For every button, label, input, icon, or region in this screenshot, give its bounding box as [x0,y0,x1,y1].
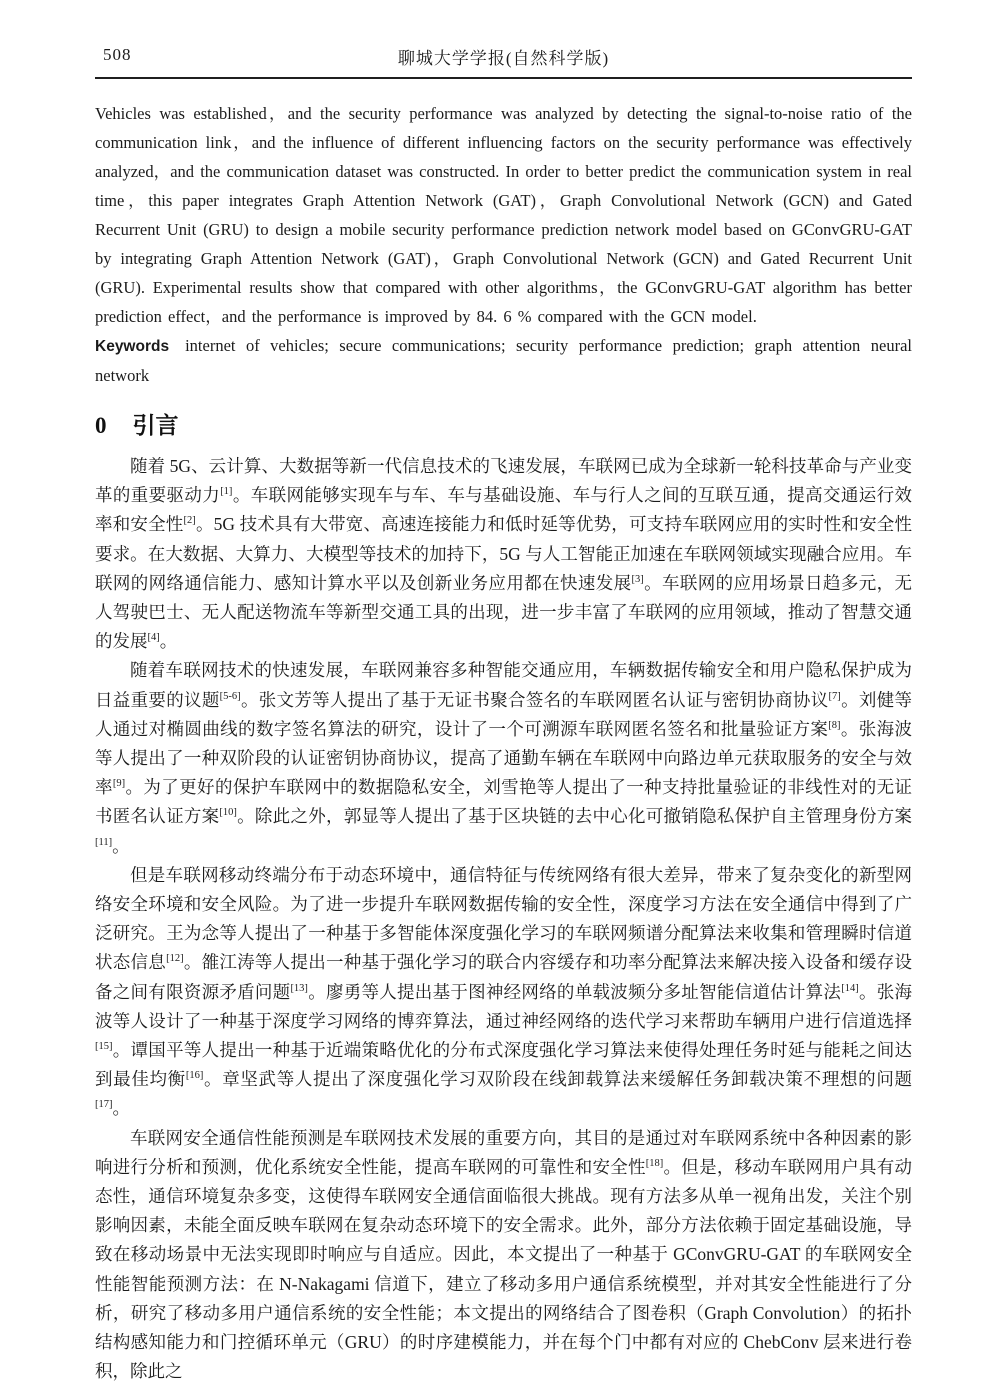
intro-paragraph-2: 随着车联网技术的快速发展，车联网兼容多种智能交通应用，车辆数据传输安全和用户隐私… [95,656,912,860]
intro-paragraph-4: 车联网安全通信性能预测是车联网技术发展的重要方向，其目的是通过对车联网系统中各种… [95,1124,912,1387]
page-body: Vehicles was established，and the securit… [95,99,912,1387]
section-heading: 0引言 [95,407,912,440]
keywords-line: Keywordsinternet of vehicles; secure com… [95,331,912,390]
journal-page: 508 聊城大学学报(自然科学版) Vehicles was establish… [0,0,992,1398]
header-rule [95,77,912,79]
section-title: 引言 [133,412,179,438]
intro-paragraph-1: 随着 5G、云计算、大数据等新一代信息技术的飞速发展，车联网已成为全球新一轮科技… [95,452,912,656]
keywords-label: Keywords [95,338,169,355]
journal-title: 聊城大学学报(自然科学版) [95,44,912,69]
keywords-text: internet of vehicles; secure communicati… [95,336,912,385]
abstract-continuation: Vehicles was established，and the securit… [95,99,912,331]
intro-paragraph-3: 但是车联网移动终端分布于动态环境中，通信特征与传统网络有很大差异，带来了复杂变化… [95,861,912,1124]
page-number: 508 [103,45,132,65]
section-number: 0 [95,413,107,438]
page-header: 508 聊城大学学报(自然科学版) [95,44,912,70]
